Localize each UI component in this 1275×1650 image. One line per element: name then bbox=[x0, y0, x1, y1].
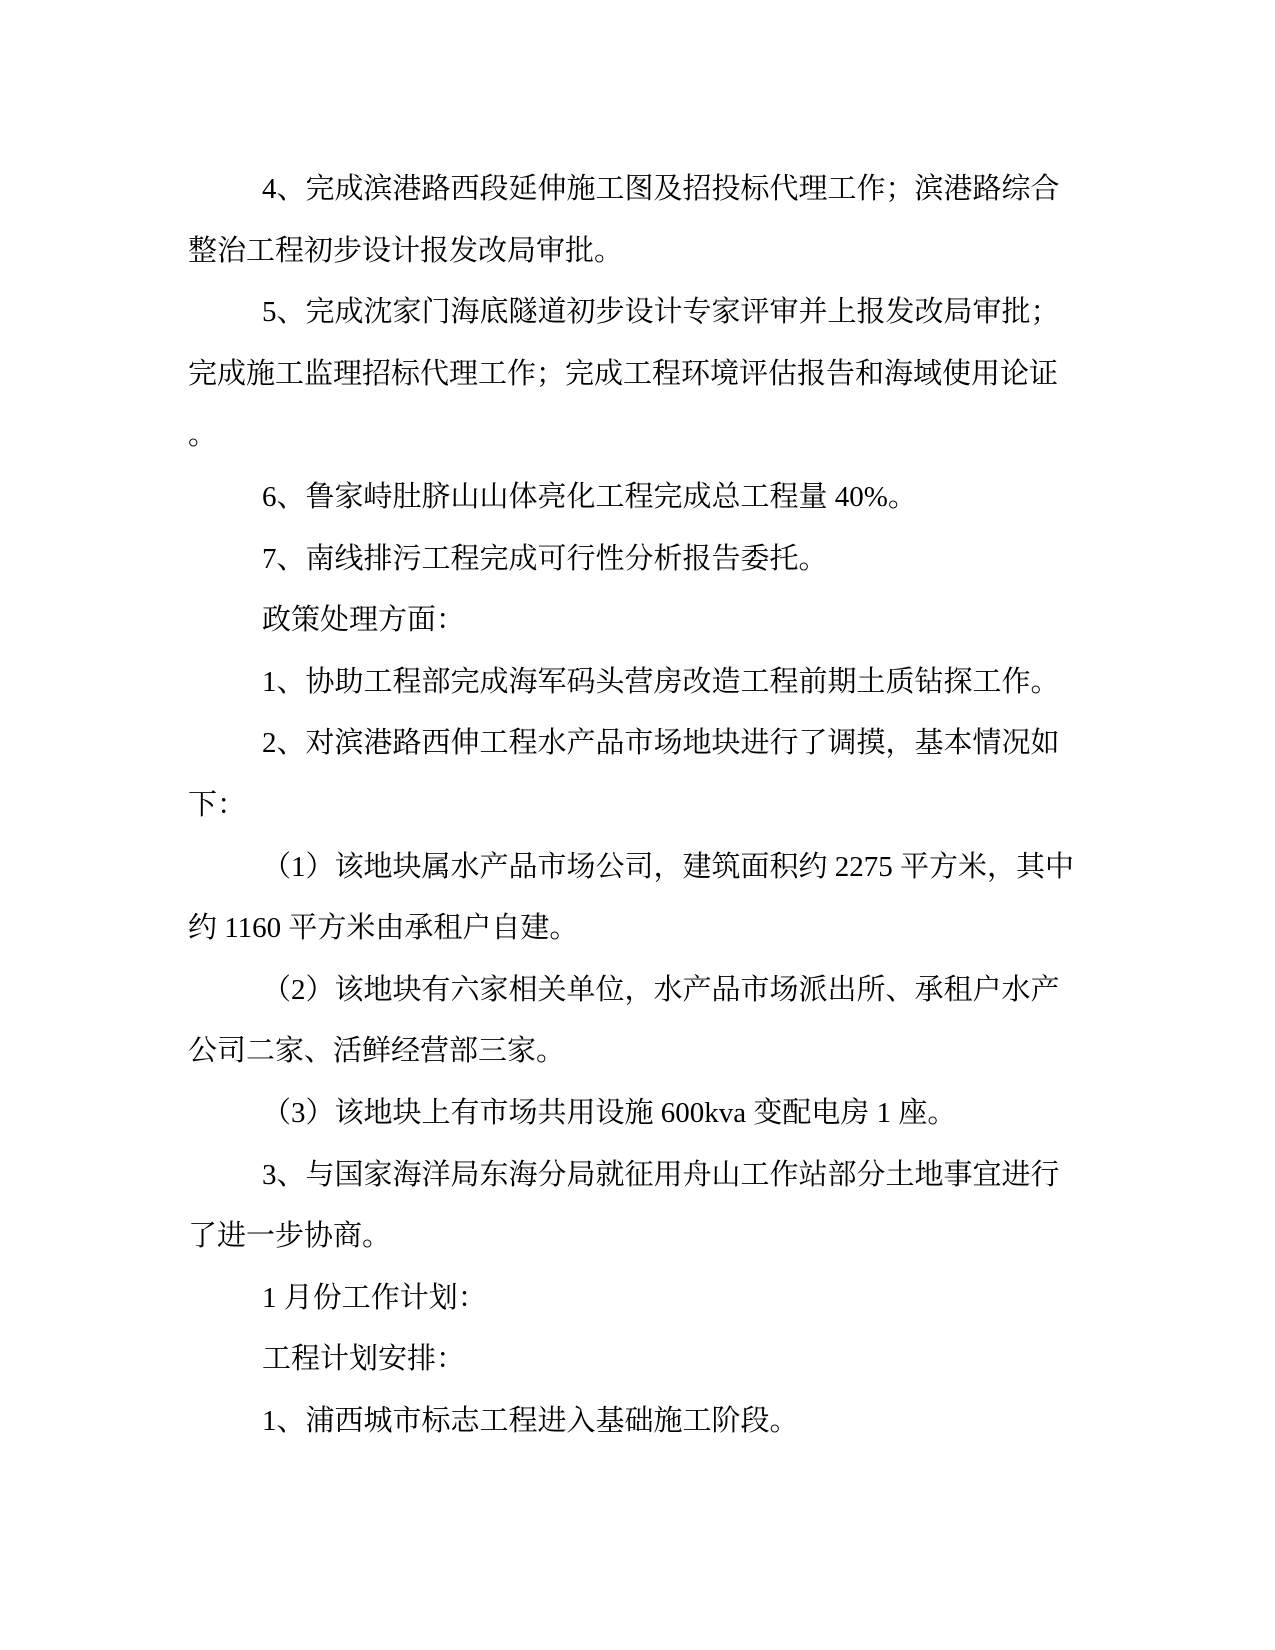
text-line: 完成施工监理招标代理工作；完成工程环境评估报告和海域使用论证 bbox=[188, 344, 1068, 406]
document-page: 4、完成滨港路西段延伸施工图及招投标代理工作；滨港路综合 整治工程初步设计报发改… bbox=[0, 0, 1275, 1650]
text-line: （1）该地块属水产品市场公司，建筑面积约 2275 平方米，其中 bbox=[188, 837, 1068, 899]
text-line: 下： bbox=[188, 775, 1068, 837]
text-line: 公司二家、活鲜经营部三家。 bbox=[188, 1021, 1068, 1083]
text-line: 2、对滨港路西伸工程水产品市场地块进行了调摸，基本情况如 bbox=[188, 713, 1068, 775]
text-line: 5、完成沈家门海底隧道初步设计专家评审并上报发改局审批； bbox=[188, 282, 1068, 344]
text-line: 4、完成滨港路西段延伸施工图及招投标代理工作；滨港路综合 bbox=[188, 159, 1068, 221]
text-line: 约 1160 平方米由承租户自建。 bbox=[188, 898, 1068, 960]
text-line: 1、浦西城市标志工程进入基础施工阶段。 bbox=[188, 1391, 1068, 1453]
text-line: （2）该地块有六家相关单位，水产品市场派出所、承租户水产 bbox=[188, 960, 1068, 1022]
text-line: 6、鲁家峙肚脐山山体亮化工程完成总工程量 40%。 bbox=[188, 467, 1068, 529]
text-line: 7、南线排污工程完成可行性分析报告委托。 bbox=[188, 529, 1068, 591]
section-heading: 工程计划安排： bbox=[188, 1329, 1068, 1391]
section-heading: 政策处理方面： bbox=[188, 590, 1068, 652]
text-line: （3）该地块上有市场共用设施 600kva 变配电房 1 座。 bbox=[188, 1083, 1068, 1145]
text-line: 3、与国家海洋局东海分局就征用舟山工作站部分土地事宜进行 bbox=[188, 1145, 1068, 1207]
document-body: 4、完成滨港路西段延伸施工图及招投标代理工作；滨港路综合 整治工程初步设计报发改… bbox=[188, 159, 1068, 1452]
text-line: 了进一步协商。 bbox=[188, 1206, 1068, 1268]
text-line: 1、协助工程部完成海军码头营房改造工程前期土质钻探工作。 bbox=[188, 652, 1068, 714]
section-heading: 1 月份工作计划： bbox=[188, 1268, 1068, 1330]
text-line: 整治工程初步设计报发改局审批。 bbox=[188, 221, 1068, 283]
text-line: 。 bbox=[188, 405, 1068, 467]
